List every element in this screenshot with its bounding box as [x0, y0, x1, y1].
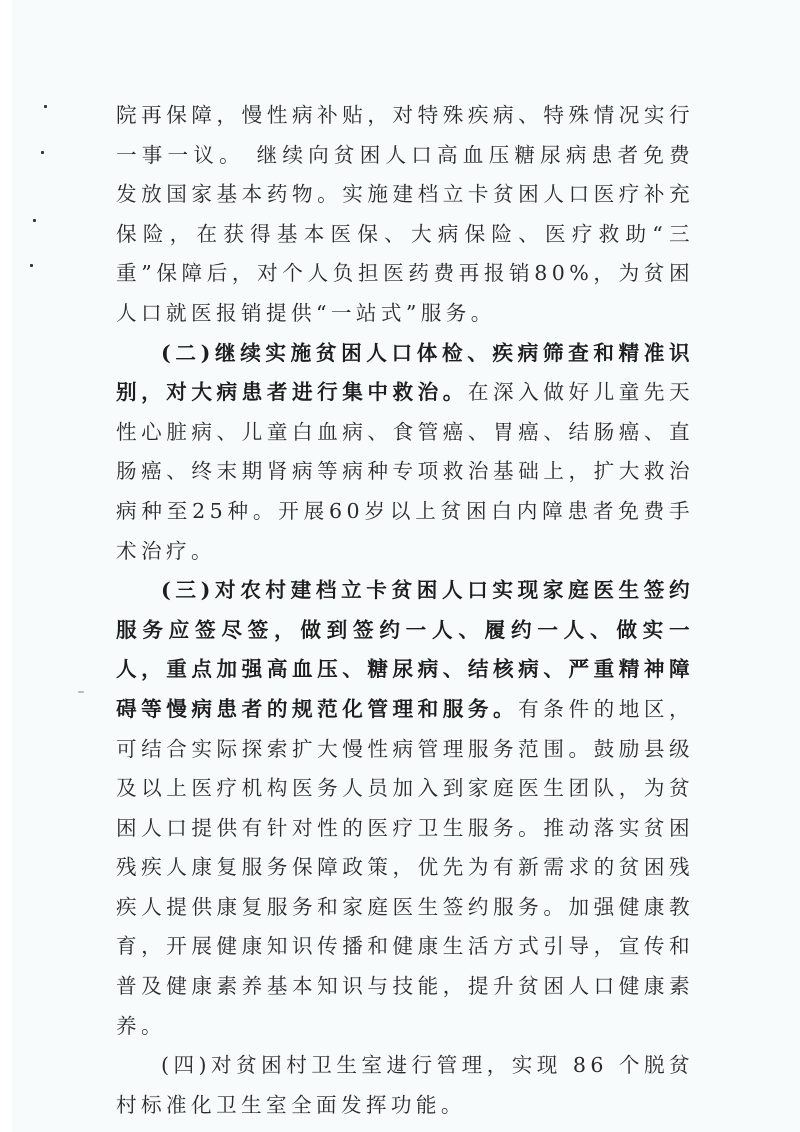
binding-hole-mark [41, 151, 44, 154]
document-body: 院再保障，慢性病补贴，对特殊疾病、特殊情况实行一事一议。 继续向贫困人口高血压糖… [116, 96, 694, 1125]
paragraph-continuation: 院再保障，慢性病补贴，对特殊疾病、特殊情况实行一事一议。 继续向贫困人口高血压糖… [116, 96, 694, 334]
scan-artifact-mark [78, 691, 84, 693]
paragraph-section-2: (二)继续实施贫困人口体检、疾病筛查和精准识别，对大病患者进行集中救治。在深入做… [116, 334, 694, 572]
section-2-text: 在深入做好儿童先天性心脏病、儿童白血病、食管癌、胃癌、结肠癌、直肠癌、终末期肾病… [116, 380, 694, 562]
scan-page-edge [0, 0, 12, 1132]
binding-hole-mark [30, 264, 33, 267]
section-3-text: 有条件的地区，可结合实际探索扩大慢性病管理服务范围。鼓励县级及以上医疗机构医务人… [116, 697, 694, 1038]
paragraph-text: 院再保障，慢性病补贴，对特殊疾病、特殊情况实行一事一议。 继续向贫困人口高血压糖… [116, 103, 694, 325]
binding-hole-mark [33, 219, 36, 222]
binding-hole-mark [44, 105, 47, 108]
page-number: 2 [0, 1059, 800, 1076]
paragraph-section-3: (三)对农村建档立卡贫困人口实现家庭医生签约服务应签尽签，做到签约一人、履约一人… [116, 571, 694, 1046]
